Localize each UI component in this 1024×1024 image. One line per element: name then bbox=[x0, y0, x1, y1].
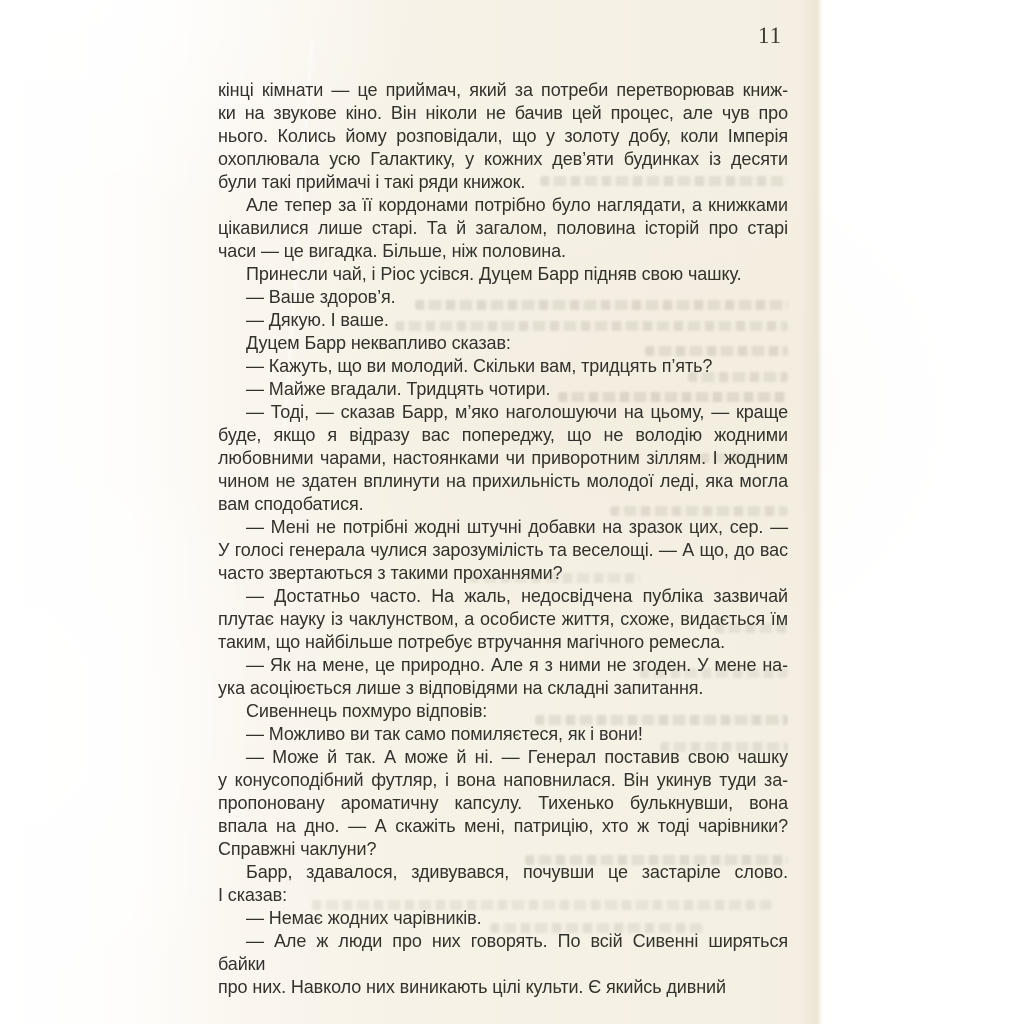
text-line: Справжні чаклуни? bbox=[218, 838, 788, 861]
text-line: — Немає жодних чарівників. bbox=[218, 907, 788, 930]
text-line: вам сподобатися. bbox=[218, 493, 788, 516]
text-line: — Можливо ви так само помиляєтеся, як і … bbox=[218, 723, 788, 746]
text-line: — Може й так. А може й ні. — Генерал пос… bbox=[218, 746, 788, 769]
text-column: кінці кімнати — це приймач, який за потр… bbox=[218, 79, 788, 999]
text-line: Принесли чай, і Ріос усівся. Дуцем Барр … bbox=[218, 263, 788, 286]
text-line: — Кажуть, що ви молодий. Скільки вам, тр… bbox=[218, 355, 788, 378]
text-line: І сказав: bbox=[218, 884, 788, 907]
text-line: любовними чарами, настоянками чи приворо… bbox=[218, 447, 788, 470]
page-number: 11 bbox=[747, 24, 793, 48]
text-line: у конусоподібний футляр, і вона наповнил… bbox=[218, 769, 788, 792]
text-line: часи — це вигадка. Більше, ніж половина. bbox=[218, 240, 788, 263]
text-line: впала на дно. — А скажіть мені, патрицію… bbox=[218, 815, 788, 838]
text-line: плутає науку із чаклунством, а особисте … bbox=[218, 608, 788, 631]
text-line: — Як на мене, це природно. Але я з ними … bbox=[218, 654, 788, 677]
text-line: ука асоціюється лише з відповідями на ск… bbox=[218, 677, 788, 700]
text-line: були такі приймачі і такі ряди книжок. bbox=[218, 171, 788, 194]
text-line: У голосі генерала чулися зарозумілість т… bbox=[218, 539, 788, 562]
text-line: ки на звукове кіно. Він ніколи не бачив … bbox=[218, 102, 788, 125]
text-line: цікавилися лише старі. Та й загалом, пол… bbox=[218, 217, 788, 240]
text-line: часто звертаються з такими проханнями? bbox=[218, 562, 788, 585]
text-line: Сивеннець похмуро відповів: bbox=[218, 700, 788, 723]
text-line: кінці кімнати — це приймач, який за потр… bbox=[218, 79, 788, 102]
text-line: Але тепер за її кордонами потрібно було … bbox=[218, 194, 788, 217]
text-line: — Мені не потрібні жодні штучні добавки … bbox=[218, 516, 788, 539]
text-line: — Тоді, — сказав Барр, м’яко наголошуючи… bbox=[218, 401, 788, 424]
text-line: буде, якщо я відразу вас попереджу, що н… bbox=[218, 424, 788, 447]
text-line: — Але ж люди про них говорять. По всій С… bbox=[218, 930, 788, 976]
text-line: Дуцем Барр неквапливо сказав: bbox=[218, 332, 788, 355]
text-line: — Дякую. І ваше. bbox=[218, 309, 788, 332]
text-line: — Ваше здоров’я. bbox=[218, 286, 788, 309]
text-line: — Майже вгадали. Тридцять чотири. bbox=[218, 378, 788, 401]
text-line: про них. Навколо них виникають цілі куль… bbox=[218, 976, 788, 999]
text-line: таким, що найбільше потребує втручання м… bbox=[218, 631, 788, 654]
text-line: чином не здатен вплинути на прихильність… bbox=[218, 470, 788, 493]
text-line: охоплювала усю Галактику, у кожних дев’я… bbox=[218, 148, 788, 171]
text-line: нього. Колись йому розповідали, що у зол… bbox=[218, 125, 788, 148]
text-line: пропоновану ароматичну капсулу. Тихенько… bbox=[218, 792, 788, 815]
text-line: — Достатньо часто. На жаль, недосвідчена… bbox=[218, 585, 788, 608]
text-line: Барр, здавалося, здивувався, почувши це … bbox=[218, 861, 788, 884]
